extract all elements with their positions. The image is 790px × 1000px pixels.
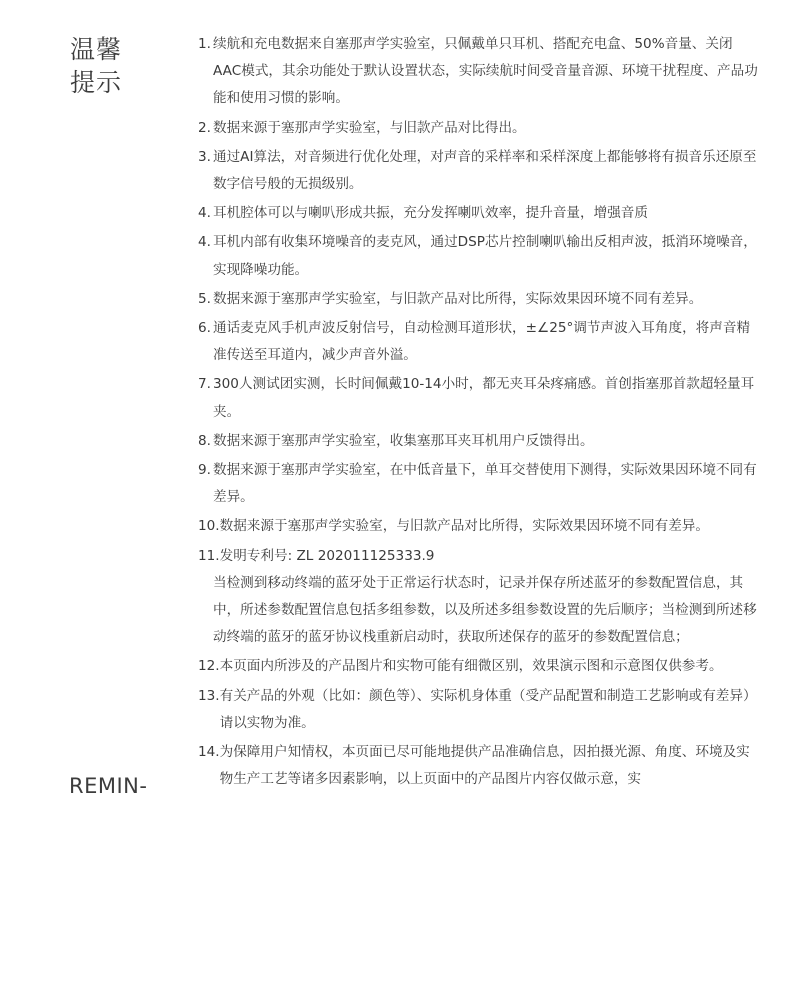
note-text: 数据来源于塞那声学实验室，在中低音量下，单耳交替使用下测得，实际效果因环境不同有… bbox=[213, 457, 758, 511]
note-number: 4. bbox=[198, 229, 213, 283]
note-item-1: 1. 续航和充电数据来自塞那声学实验室，只佩戴单只耳机、搭配充电盒、50%音量、… bbox=[198, 31, 758, 113]
note-item-4a: 4. 耳机腔体可以与喇叭形成共振，充分发挥喇叭效率，提升音量，增强音质 bbox=[198, 200, 758, 227]
note-text: 数据来源于塞那声学实验室，与旧款产品对比所得，实际效果因环境不同有差异。 bbox=[220, 513, 758, 540]
note-text: 耳机内部有收集环境噪音的麦克风，通过DSP芯片控制喇叭输出反相声波，抵消环境噪音… bbox=[213, 229, 758, 283]
note-number: 3. bbox=[198, 144, 213, 198]
note-text: 300人测试团实测，长时间佩戴10-14小时，都无夹耳朵疼痛感。首创指塞那首款超… bbox=[213, 371, 758, 425]
note-item-13: 13. 有关产品的外观（比如：颜色等）、实际机身体重（受产品配置和制造工艺影响或… bbox=[198, 683, 758, 737]
note-text: 通话麦克风手机声波反射信号，自动检测耳道形状，±∠25°调节声波入耳角度，将声音… bbox=[213, 315, 758, 369]
page-title-line-2: 提示 bbox=[70, 66, 122, 99]
note-number: 2. bbox=[198, 115, 213, 142]
note-number: 9. bbox=[198, 457, 213, 511]
note-text: 本页面内所涉及的产品图片和实物可能有细微区别，效果演示图和示意图仅供参考。 bbox=[220, 653, 758, 680]
note-text: 发明专利号: ZL 202011125333.9 bbox=[220, 543, 758, 570]
note-number: 8. bbox=[198, 428, 213, 455]
note-item-10: 10. 数据来源于塞那声学实验室，与旧款产品对比所得，实际效果因环境不同有差异。 bbox=[198, 513, 758, 540]
note-number: 4. bbox=[198, 200, 213, 227]
note-number: 5. bbox=[198, 286, 213, 313]
note-text: 数据来源于塞那声学实验室，与旧款产品对比所得，实际效果因环境不同有差异。 bbox=[213, 286, 758, 313]
note-text: 数据来源于塞那声学实验室，收集塞那耳夹耳机用户反馈得出。 bbox=[213, 428, 758, 455]
note-item-9: 9. 数据来源于塞那声学实验室，在中低音量下，单耳交替使用下测得，实际效果因环境… bbox=[198, 457, 758, 511]
note-item-2: 2. 数据来源于塞那声学实验室，与旧款产品对比得出。 bbox=[198, 115, 758, 142]
note-number: 6. bbox=[198, 315, 213, 369]
note-number: 1. bbox=[198, 31, 213, 113]
note-item-7: 7. 300人测试团实测，长时间佩戴10-14小时，都无夹耳朵疼痛感。首创指塞那… bbox=[198, 371, 758, 425]
note-item-8: 8. 数据来源于塞那声学实验室，收集塞那耳夹耳机用户反馈得出。 bbox=[198, 428, 758, 455]
note-text: 耳机腔体可以与喇叭形成共振，充分发挥喇叭效率，提升音量，增强音质 bbox=[213, 200, 758, 227]
note-number: 7. bbox=[198, 371, 213, 425]
note-item-3: 3. 通过AI算法，对音频进行优化处理，对声音的采样率和采样深度上都能够将有损音… bbox=[198, 144, 758, 198]
note-item-12: 12. 本页面内所涉及的产品图片和实物可能有细微区别，效果演示图和示意图仅供参考… bbox=[198, 653, 758, 680]
notes-list: 1. 续航和充电数据来自塞那声学实验室，只佩戴单只耳机、搭配充电盒、50%音量、… bbox=[198, 31, 758, 795]
note-item-6: 6. 通话麦克风手机声波反射信号，自动检测耳道形状，±∠25°调节声波入耳角度，… bbox=[198, 315, 758, 369]
note-item-11: 11. 发明专利号: ZL 202011125333.9 当检测到移动终端的蓝牙… bbox=[198, 543, 758, 652]
note-item-4b: 4. 耳机内部有收集环境噪音的麦克风，通过DSP芯片控制喇叭输出反相声波，抵消环… bbox=[198, 229, 758, 283]
note-number: 11. bbox=[198, 543, 220, 570]
note-number: 13. bbox=[198, 683, 220, 737]
note-number: 12. bbox=[198, 653, 220, 680]
note-text: 数据来源于塞那声学实验室，与旧款产品对比得出。 bbox=[213, 115, 758, 142]
note-header: 11. 发明专利号: ZL 202011125333.9 bbox=[198, 543, 758, 570]
note-text: 续航和充电数据来自塞那声学实验室，只佩戴单只耳机、搭配充电盒、50%音量、关闭A… bbox=[213, 31, 758, 113]
note-number: 14. bbox=[198, 739, 220, 793]
patent-description: 当检测到移动终端的蓝牙处于正常运行状态时，记录并保存所述蓝牙的参数配置信息，其中… bbox=[198, 570, 758, 652]
note-item-5: 5. 数据来源于塞那声学实验室，与旧款产品对比所得，实际效果因环境不同有差异。 bbox=[198, 286, 758, 313]
note-number: 10. bbox=[198, 513, 220, 540]
note-text: 为保障用户知情权，本页面已尽可能地提供产品准确信息，因拍摄光源、角度、环境及实物… bbox=[220, 739, 758, 793]
note-text: 有关产品的外观（比如：颜色等）、实际机身体重（受产品配置和制造工艺影响或有差异）… bbox=[220, 683, 758, 737]
page-title: 温馨 提示 bbox=[70, 33, 122, 99]
note-text: 通过AI算法，对音频进行优化处理，对声音的采样率和采样深度上都能够将有损音乐还原… bbox=[213, 144, 758, 198]
page-title-line-1: 温馨 bbox=[70, 33, 122, 66]
note-item-14: 14. 为保障用户知情权，本页面已尽可能地提供产品准确信息，因拍摄光源、角度、环… bbox=[198, 739, 758, 793]
brand-mark: REMIN- bbox=[69, 772, 147, 800]
